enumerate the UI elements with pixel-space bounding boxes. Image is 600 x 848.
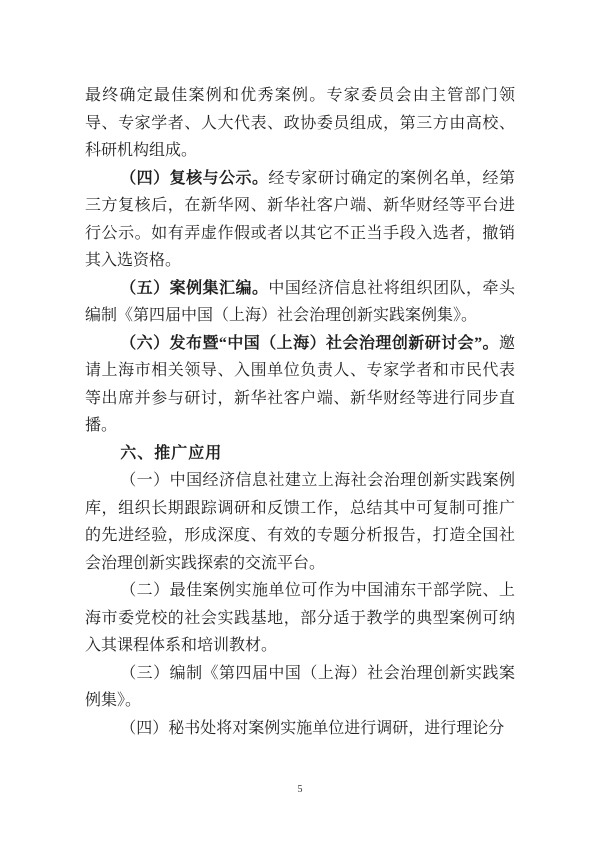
paragraph-text: （三）编制《第四届中国（上海）社会治理创新实践案例集》。: [85, 665, 515, 710]
document-page: 最终确定最佳案例和优秀案例。专家委员会由主管部门领导、专家学者、人大代表、政协委…: [0, 0, 600, 848]
paragraph-section6-release: （六）发布暨“中国（上海）社会治理创新研讨会”。邀请上海市相关领导、入围单位负责…: [85, 330, 515, 440]
paragraph-text: 最终确定最佳案例和优秀案例。专家委员会由主管部门领导、专家学者、人大代表、政协委…: [85, 87, 515, 159]
document-body: 最终确定最佳案例和优秀案例。专家委员会由主管部门领导、专家学者、人大代表、政协委…: [85, 82, 515, 742]
paragraph-text: （一）中国经济信息社建立上海社会治理创新实践案例库，组织长期跟踪调研和反馈工作，…: [85, 472, 515, 572]
paragraph-item1-case-library: （一）中国经济信息社建立上海社会治理创新实践案例库，组织长期跟踪调研和反馈工作，…: [85, 467, 515, 577]
paragraph-lead-bold: （六）发布暨“中国（上海）社会治理创新研讨会”。: [120, 335, 499, 352]
paragraph-continuation: 最终确定最佳案例和优秀案例。专家委员会由主管部门领导、专家学者、人大代表、政协委…: [85, 82, 515, 165]
section-heading-promotion: 六、推广应用: [85, 440, 515, 468]
paragraph-section5-compilation: （五）案例集汇编。中国经济信息社将组织团队，牵头编制《第四届中国（上海）社会治理…: [85, 275, 515, 330]
paragraph-item4-research: （四）秘书处将对案例实施单位进行调研，进行理论分: [85, 715, 515, 743]
paragraph-text: （二）最佳案例实施单位可作为中国浦东干部学院、上海市委党校的社会实践基地，部分适…: [85, 582, 515, 654]
page-number: 5: [0, 784, 600, 795]
paragraph-section4-review: （四）复核与公示。经专家研讨确定的案例名单，经第三方复核后，在新华网、新华社客户…: [85, 165, 515, 275]
paragraph-text: （四）秘书处将对案例实施单位进行调研，进行理论分: [120, 720, 504, 737]
paragraph-item3-casebook: （三）编制《第四届中国（上海）社会治理创新实践案例集》。: [85, 660, 515, 715]
heading-text: 六、推广应用: [120, 445, 222, 462]
paragraph-lead-bold: （五）案例集汇编。: [120, 280, 268, 297]
paragraph-lead-bold: （四）复核与公示。: [120, 170, 268, 187]
paragraph-item2-practice-base: （二）最佳案例实施单位可作为中国浦东干部学院、上海市委党校的社会实践基地，部分适…: [85, 577, 515, 660]
